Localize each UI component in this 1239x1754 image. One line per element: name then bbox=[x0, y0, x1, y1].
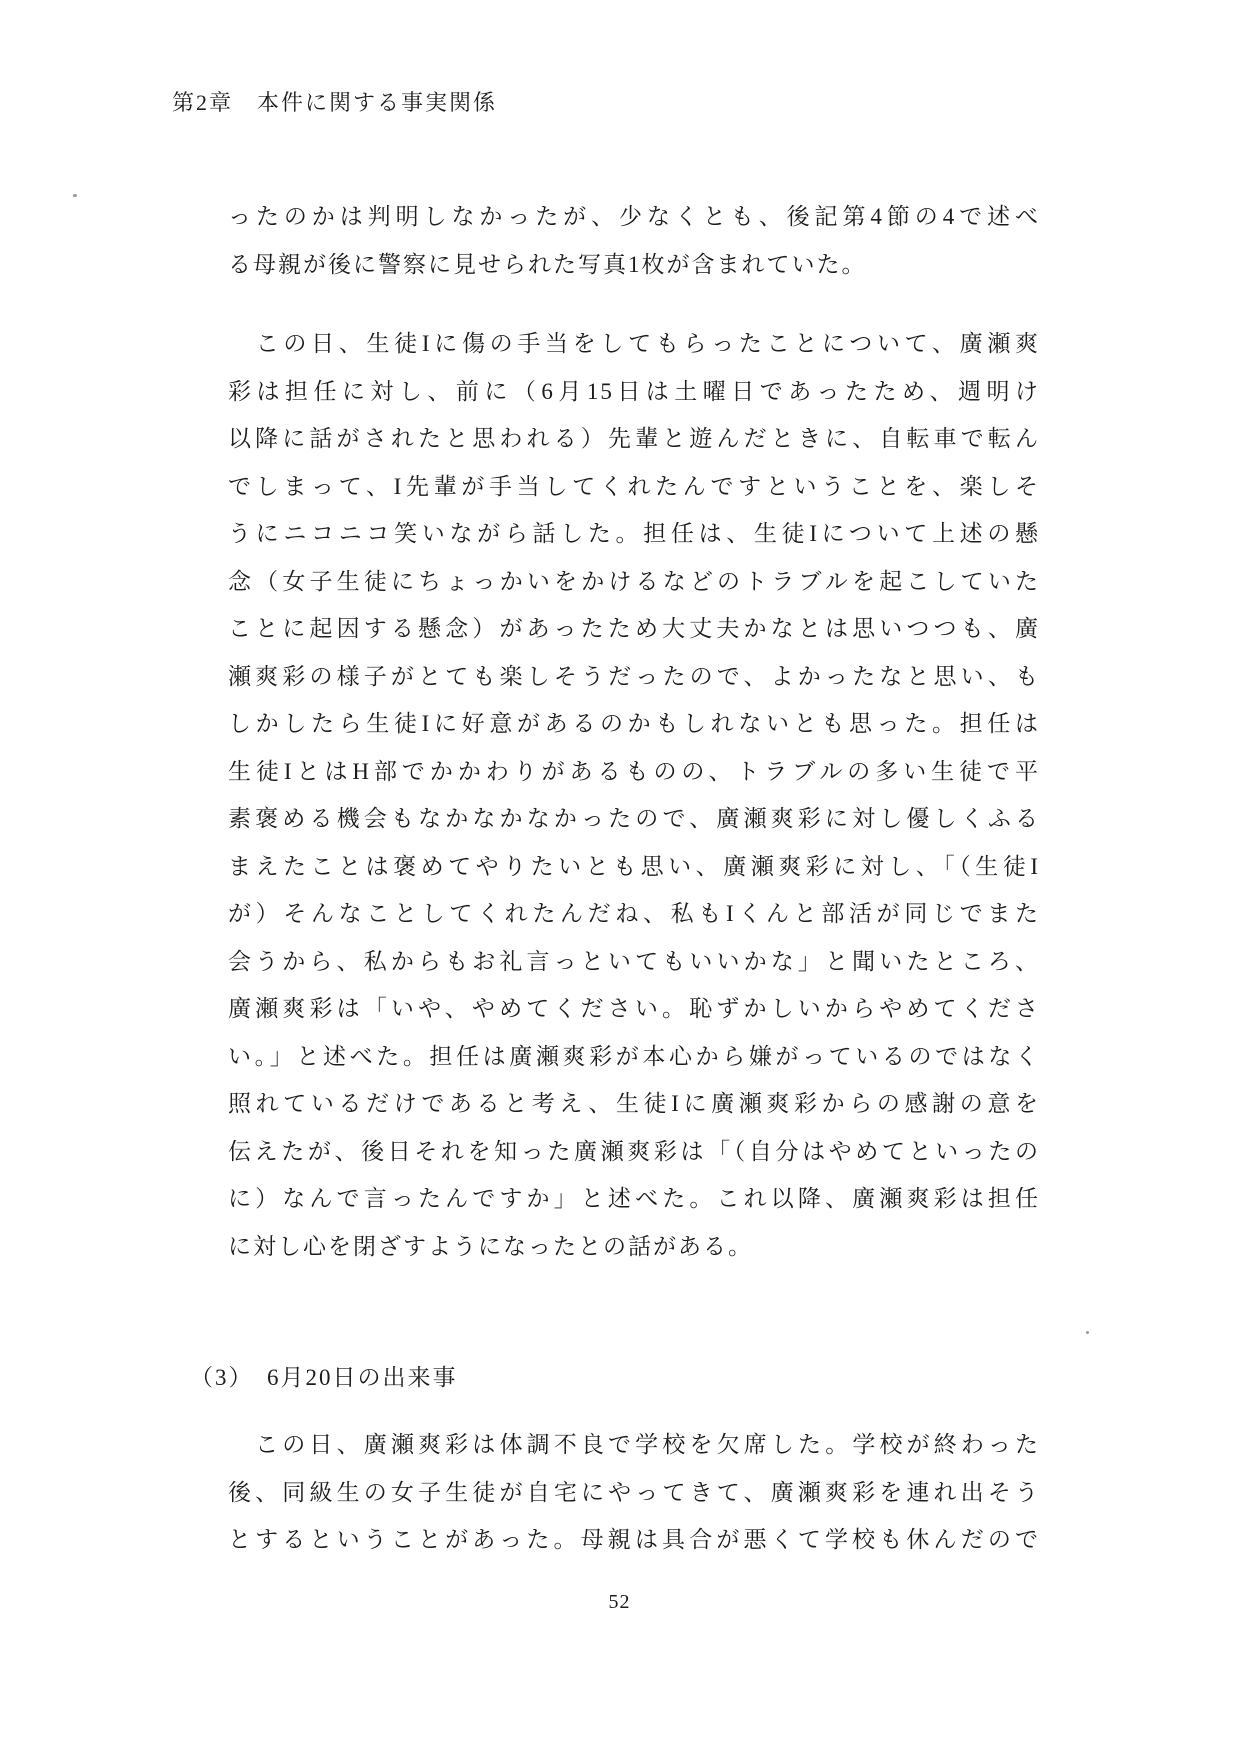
section-heading: （3） 6月20日の出来事 bbox=[190, 1354, 458, 1402]
chapter-header: 第2章 本件に関する事実関係 bbox=[172, 86, 497, 117]
page-number: 52 bbox=[0, 1591, 1239, 1614]
document-page: 第2章 本件に関する事実関係 ったのかは判明しなかったが、少なくとも、後記第4節… bbox=[0, 0, 1239, 1754]
body-line: しかしたら生徒Iに好意があるのかもしれないとも思った。担任は bbox=[228, 700, 1040, 748]
body-line: 伝えたが、後日それを知った廣瀬爽彩は「（自分はやめてといったの bbox=[228, 1128, 1040, 1176]
body-line: 後、同級生の女子生徒が自宅にやってきて、廣瀬爽彩を連れ出そう bbox=[228, 1469, 1040, 1517]
body-line: 会うから、私からもお礼言っといてもいいかな」と聞いたところ、 bbox=[228, 938, 1040, 986]
body-line: でしまって、I先輩が手当してくれたんですということを、楽しそ bbox=[228, 463, 1040, 511]
body-line: とするということがあった。母親は具合が悪くて学校も休んだので bbox=[228, 1516, 1040, 1564]
paragraph: ったのかは判明しなかったが、少なくとも、後記第4節の4で述べ る母親が後に警察に… bbox=[228, 193, 1040, 288]
body-line: に対し心を閉ざすようになったとの話がある。 bbox=[228, 1223, 1040, 1271]
body-line: る母親が後に警察に見せられた写真1枚が含まれていた。 bbox=[228, 241, 1040, 289]
scan-artifact bbox=[73, 194, 77, 197]
body-line: まえたことは褒めてやりたいとも思い、廣瀬爽彩に対し、「（生徒I bbox=[228, 843, 1040, 891]
body-line: ったのかは判明しなかったが、少なくとも、後記第4節の4で述べ bbox=[228, 193, 1040, 241]
body-line: この日、生徒Iに傷の手当をしてもらったことについて、廣瀬爽 bbox=[228, 320, 1040, 368]
body-line: この日、廣瀬爽彩は体調不良で学校を欠席した。学校が終わった bbox=[228, 1421, 1040, 1469]
body-line: 念（女子生徒にちょっかいをかけるなどのトラブルを起こしていた bbox=[228, 558, 1040, 606]
body-line: ことに起因する懸念）があったため大丈夫かなとは思いつつも、廣 bbox=[228, 605, 1040, 653]
body-line: 以降に話がされたと思われる）先輩と遊んだときに、自転車で転ん bbox=[228, 415, 1040, 463]
body-line: 廣瀬爽彩は「いや、やめてください。恥ずかしいからやめてくださ bbox=[228, 985, 1040, 1033]
body-line: 照れているだけであると考え、生徒Iに廣瀬爽彩からの感謝の意を bbox=[228, 1080, 1040, 1128]
body-line: が）そんなことしてくれたんだね、私もIくんと部活が同じでまた bbox=[228, 890, 1040, 938]
body-line: 彩は担任に対し、前に（6月15日は土曜日であったため、週明け bbox=[228, 368, 1040, 416]
paragraph: この日、廣瀬爽彩は体調不良で学校を欠席した。学校が終わった 後、同級生の女子生徒… bbox=[228, 1421, 1040, 1564]
paragraph: この日、生徒Iに傷の手当をしてもらったことについて、廣瀬爽 彩は担任に対し、前に… bbox=[228, 320, 1040, 1270]
body-line: い。」と述べた。担任は廣瀬爽彩が本心から嫌がっているのではなく bbox=[228, 1033, 1040, 1081]
scan-artifact bbox=[1086, 1331, 1089, 1334]
body-line: に）なんで言ったんですか」と述べた。これ以降、廣瀬爽彩は担任 bbox=[228, 1175, 1040, 1223]
body-text: ったのかは判明しなかったが、少なくとも、後記第4節の4で述べ る母親が後に警察に… bbox=[228, 193, 1040, 1270]
body-line: 生徒IとはH部でかかわりがあるものの、トラブルの多い生徒で平 bbox=[228, 748, 1040, 796]
body-line: うにニコニコ笑いながら話した。担任は、生徒Iについて上述の懸 bbox=[228, 510, 1040, 558]
body-line: 瀬爽彩の様子がとても楽しそうだったので、よかったなと思い、も bbox=[228, 653, 1040, 701]
body-line: 素褒める機会もなかなかなかったので、廣瀬爽彩に対し優しくふる bbox=[228, 795, 1040, 843]
